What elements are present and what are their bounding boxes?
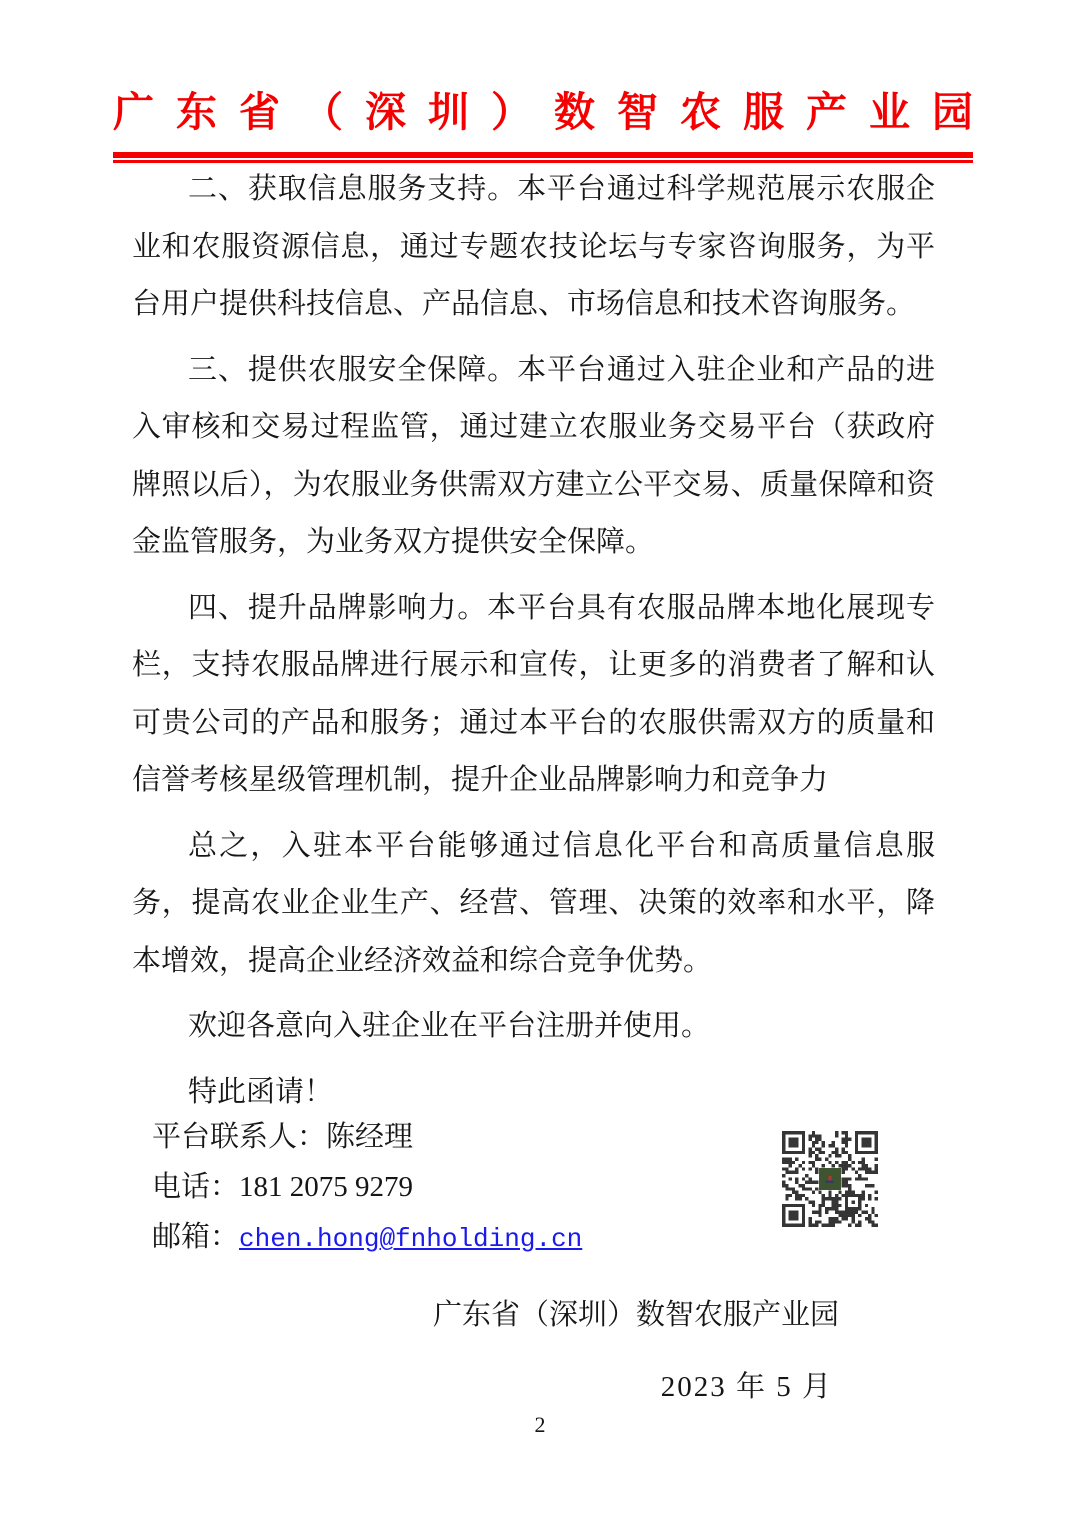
qr-code [782,1131,878,1227]
email-label: 邮箱： [152,1221,239,1253]
letterhead: 广东省（深圳）数智农服产业园 [113,90,973,163]
contact-block: 平台联系人：陈经理 电话：181 2075 9279 邮箱：chen.hong@… [152,1112,582,1264]
paragraph-brand: 四、提升品牌影响力。本平台具有农服品牌本地化展现专栏，支持农服品牌进行展示和宣传… [132,580,935,810]
document-page: 广东省（深圳）数智农服产业园 二、获取信息服务支持。本平台通过科学规范展示农服企… [0,0,1080,1527]
contact-person-line: 平台联系人：陈经理 [152,1112,582,1162]
phone-number: 181 2075 9279 [239,1171,413,1203]
letterhead-rule-thick [113,152,973,158]
signature-date: 2023 年 5 月 [132,1364,833,1405]
page-number: 2 [0,1412,1080,1438]
email-link[interactable]: chen.hong@fnholding.cn [239,1224,582,1254]
phone-label: 电话： [152,1171,239,1203]
paragraph-security: 三、提供农服安全保障。本平台通过入驻企业和产品的进入审核和交易过程监管，通过建立… [132,342,935,572]
paragraph-info-service: 二、获取信息服务支持。本平台通过科学规范展示农服企业和农服资源信息，通过专题农技… [132,161,935,334]
paragraph-summary: 总之，入驻本平台能够通过信息化平台和高质量信息服务，提高农业企业生产、经营、管理… [132,818,935,991]
letterhead-title: 广东省（深圳）数智农服产业园 [113,90,973,135]
welcome-line: 欢迎各意向入驻企业在平台注册并使用。 [132,998,935,1056]
contact-phone-line: 电话：181 2075 9279 [152,1162,582,1212]
letter-body: 二、获取信息服务支持。本平台通过科学规范展示农服企业和农服资源信息，通过专题农技… [132,161,935,1129]
contact-email-line: 邮箱：chen.hong@fnholding.cn [152,1212,582,1264]
signature-org: 广东省（深圳）数智农服产业园 [132,1292,839,1333]
